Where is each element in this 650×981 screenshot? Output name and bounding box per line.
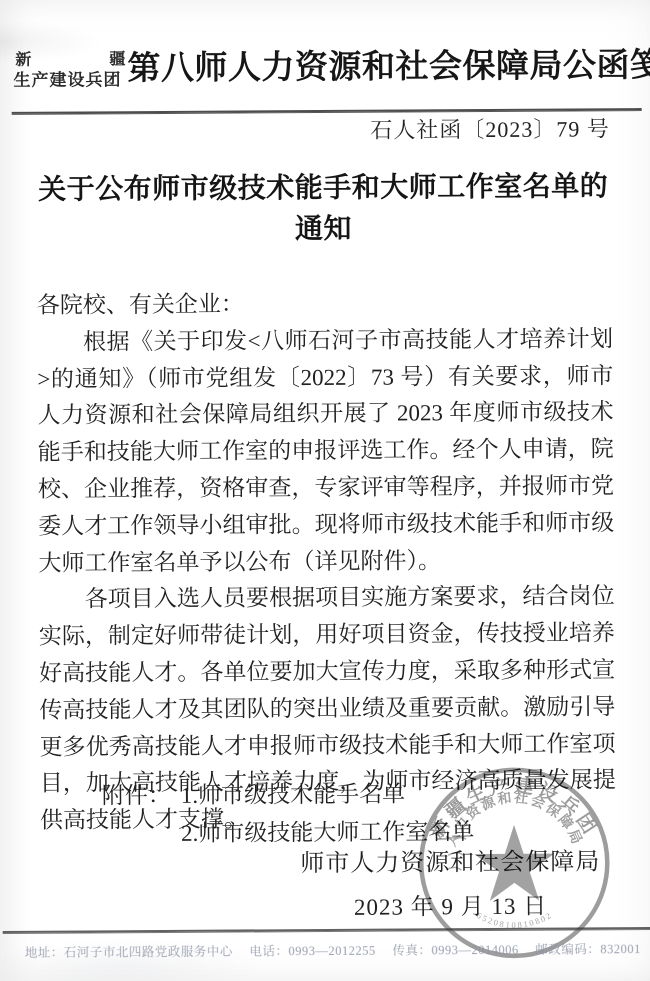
scanned-official-letter: 新 疆 生产建设兵团 第八师人力资源和社会保障局公函笺 石人社函〔2023〕79…: [0, 0, 650, 981]
org-abbrev-line1: 新 疆: [13, 51, 127, 70]
footer-phone: 电话：0993—2012255: [249, 941, 375, 960]
attachments-label: 附件：: [102, 777, 171, 853]
signature-date: 2023 年 9 月 13 日: [300, 887, 600, 922]
org-abbrev-line2: 生产建设兵团: [13, 69, 127, 92]
letter-body: 各院校、有关企业： 根据《关于印发<八师石河子市高技能人才培养计划>的通知》（师…: [37, 284, 616, 839]
footer: 地址：石河子市北四路党政服务中心 电话：0993—2012255 传真：0993…: [25, 939, 641, 961]
signature-org: 师市人力资源和社会保障局: [300, 841, 600, 878]
attachment-item-1: 1.师市级技术能手名单: [181, 775, 474, 815]
attachments-list: 1.师市级技术能手名单 2.师市级技能大师工作室名单: [181, 775, 475, 853]
org-abbrev-char-right: 疆: [109, 51, 125, 69]
footer-divider: [3, 927, 650, 934]
notice-title: 关于公布师市级技术能手和大师工作室名单的 通知: [28, 166, 618, 252]
scan-content: 新 疆 生产建设兵团 第八师人力资源和社会保障局公函笺 石人社函〔2023〕79…: [0, 0, 650, 981]
notice-title-line1: 关于公布师市级技术能手和大师工作室名单的: [28, 166, 618, 211]
footer-fax: 传真：0993—2014006: [392, 940, 518, 959]
org-abbrev-char-left: 新: [15, 52, 31, 70]
letterhead: 新 疆 生产建设兵团 第八师人力资源和社会保障局公函笺: [13, 42, 637, 94]
footer-postcode: 邮政编码：832001: [535, 939, 641, 958]
signature-block: 师市人力资源和社会保障局 2023 年 9 月 13 日: [300, 841, 600, 922]
footer-address: 地址：石河子市北四路党政服务中心: [25, 942, 233, 961]
salutation: 各院校、有关企业：: [37, 284, 613, 324]
paragraph-1: 根据《关于印发<八师石河子市高技能人才培养计划>的通知》（师市党组发〔2022〕…: [37, 321, 615, 582]
document-number: 石人社函〔2023〕79 号: [370, 112, 610, 144]
letterhead-title: 第八师人力资源和社会保障局公函笺: [127, 42, 650, 93]
org-abbreviation: 新 疆 生产建设兵团: [13, 51, 127, 92]
notice-title-line2: 通知: [28, 207, 618, 252]
